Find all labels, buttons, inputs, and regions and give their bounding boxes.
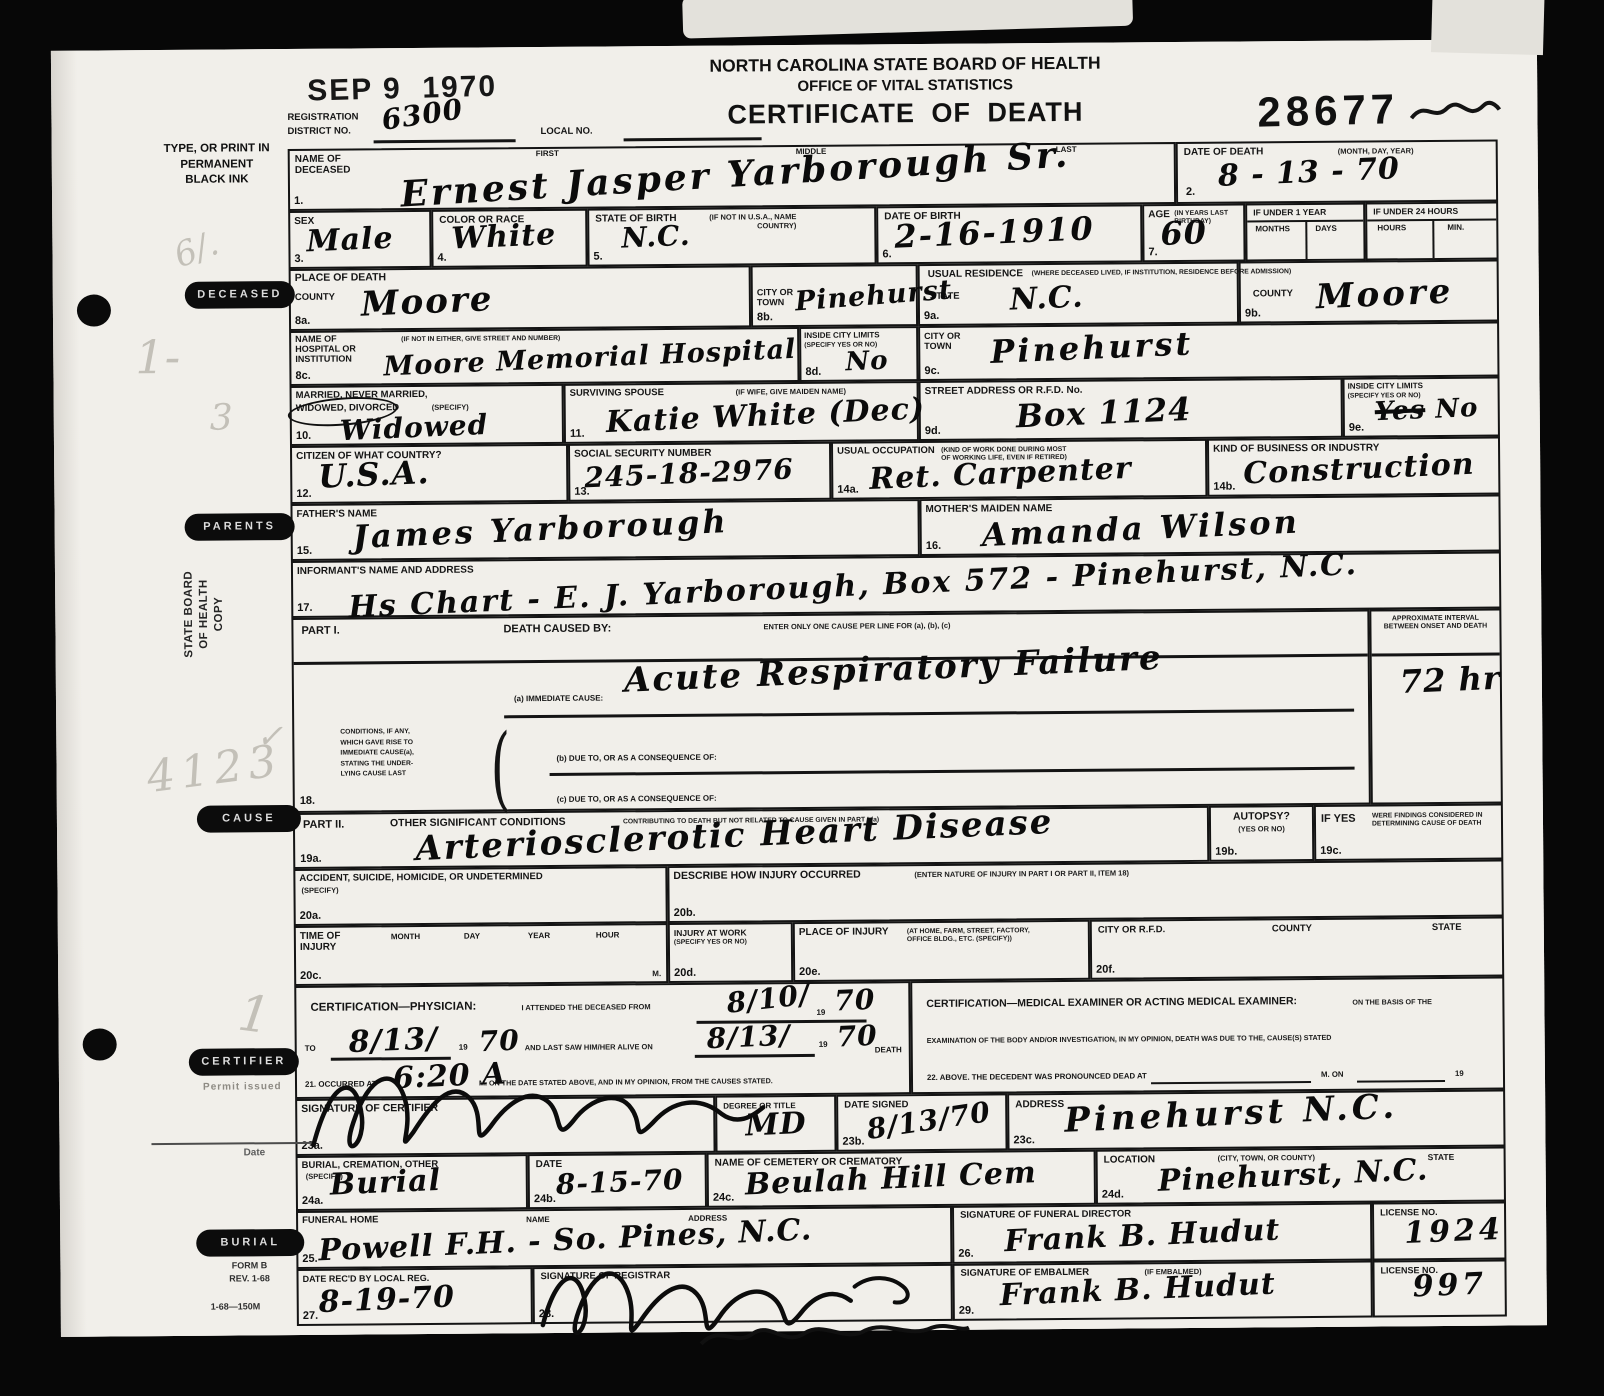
copy-stamp: STATE BOARD OF HEALTH COPY: [181, 529, 227, 699]
injury-at-work-sub: (SPECIFY YES OR NO): [674, 938, 747, 946]
item-number: 6.: [882, 248, 891, 260]
bstate-value: N.C.: [621, 219, 691, 255]
tab-burial: BURIAL: [196, 1229, 304, 1257]
item-number: 9d.: [925, 425, 941, 437]
item-number: 4.: [437, 252, 446, 264]
item-number: 19a.: [300, 853, 322, 865]
bstate-sub: (IF NOT IN U.S.A., NAME COUNTRY): [709, 213, 796, 231]
field-accident-suicide-homicide: ACCIDENT, SUICIDE, HOMICIDE, OR UNDETERM…: [293, 866, 667, 926]
field-license-no-embalmer: LICENSE NO. 997: [1372, 1259, 1506, 1317]
last-saw-value: 8/13/: [706, 1019, 791, 1056]
section-certification-medical-examiner: CERTIFICATION—MEDICAL EXAMINER OR ACTING…: [910, 976, 1505, 1094]
first-label: FIRST: [536, 149, 559, 158]
field-place-of-death-county: PLACE OF DEATH COUNTY 8a. Moore: [289, 265, 751, 331]
field-injury-at-work: INJURY AT WORK (SPECIFY YES OR NO) 20d.: [668, 922, 793, 983]
city-label: CITY OR TOWN: [757, 287, 794, 307]
item-number: 3.: [294, 253, 303, 265]
item-number: 10.: [296, 430, 311, 442]
field-state-of-birth: STATE OF BIRTH (IF NOT IN U.S.A., NAME C…: [587, 206, 876, 266]
item-number: 14b.: [1213, 481, 1235, 493]
days-label: DAYS: [1315, 224, 1337, 233]
state-label: STATE: [1432, 923, 1462, 934]
print-ref: 1-68—150M: [211, 1301, 261, 1311]
race-value: White: [451, 217, 557, 256]
field-residence-state: USUAL RESIDENCE (WHERE DECEASED LIVED, I…: [918, 262, 1239, 327]
tab-cause: CAUSE: [197, 805, 301, 833]
item-number: 19c.: [1320, 845, 1342, 857]
under1-label: IF UNDER 1 YEAR: [1253, 207, 1326, 218]
field-place-of-injury: PLACE OF INJURY (AT HOME, FARM, STREET, …: [793, 920, 1090, 982]
month-label: MONTH: [391, 932, 420, 941]
field-inside-city-limits-9e: INSIDE CITY LIMITS (SPECIFY YES OR NO) 9…: [1342, 377, 1499, 438]
interval-header: APPROXIMATE INTERVAL BETWEEN ONSET AND D…: [1371, 615, 1499, 632]
basis-label: ON THE BASIS OF THE: [1352, 998, 1432, 1007]
last-saw-label: AND LAST SAW HIM/HER ALIVE ON: [525, 1043, 653, 1053]
item-number: 9e.: [1349, 422, 1364, 434]
informant-label: INFORMANT'S NAME AND ADDRESS: [297, 565, 474, 578]
field-injury-city-county-state: CITY OR R.F.D. COUNTY STATE 20f.: [1090, 916, 1504, 979]
hour-label: HOUR: [596, 930, 620, 939]
residence-city-label: CITY OR TOWN: [924, 331, 961, 351]
certificate-number: 28677: [1257, 85, 1400, 137]
caused-by-label: DEATH CAUSED BY:: [503, 622, 611, 635]
location-value: Pinehurst, N.C.: [1157, 1152, 1429, 1199]
field-occupation: USUAL OCCUPATION (KIND OF WORK DONE DURI…: [831, 439, 1207, 500]
print-instruction: TYPE, OR PRINT IN PERMANENT BLACK INK: [124, 141, 310, 189]
item-number: 8d.: [805, 366, 821, 378]
describe-note: (ENTER NATURE OF INJURY IN PART I OR PAR…: [914, 869, 1129, 879]
attended-label: I ATTENDED THE DECEASED FROM: [521, 1003, 650, 1013]
punch-hole: [83, 1028, 117, 1060]
item-number: 8b.: [757, 311, 773, 323]
interval-value: 72 hr: [1399, 659, 1501, 701]
item-number: 24b.: [534, 1193, 556, 1205]
field-date-of-birth: DATE OF BIRTH 6. 2-16-1910: [876, 204, 1142, 264]
hours-label: HOURS: [1377, 223, 1406, 232]
section-part1-cause-of-death: PART I. DEATH CAUSED BY: ENTER ONLY ONE …: [291, 610, 1370, 813]
org-line2: OFFICE OF VITAL STATISTICS: [635, 75, 1175, 96]
meridiem-label: M.: [652, 969, 661, 978]
place-of-injury-label: PLACE OF INJURY: [799, 926, 889, 938]
field-place-of-death-city: CITY OR TOWN 8b. Pinehurst: [751, 264, 918, 327]
item-number: 11.: [570, 428, 585, 440]
item-number: 16.: [926, 540, 941, 552]
section-part2-other-conditions: PART II. OTHER SIGNIFICANT CONDITIONS CO…: [293, 806, 1209, 869]
year-label: YEAR: [528, 931, 550, 940]
line-a-rule: [504, 709, 1354, 718]
brace-glyph: (: [490, 714, 511, 821]
age-value: 60: [1160, 213, 1208, 253]
immediate-cause-label: (a) IMMEDIATE CAUSE:: [514, 694, 603, 704]
certifier-address-value: Pinehurst N.C.: [1064, 1087, 1399, 1141]
residence-city-value: Pinehurst: [990, 324, 1194, 371]
street-value: Box 1124: [1015, 390, 1192, 435]
pencil-checkmark: ✓: [256, 717, 283, 755]
accident-sub: (SPECIFY): [301, 887, 338, 896]
attended-to-value: 8/13/: [348, 1021, 439, 1060]
field-residence-city: CITY OR TOWN 9c. Pinehurst: [918, 322, 1499, 382]
date-underline-label: Date: [244, 1147, 266, 1158]
yr-19: 19: [816, 1008, 825, 1017]
item-number: 9c.: [924, 365, 939, 377]
county-value: Moore: [360, 279, 494, 325]
county-label: COUNTY: [295, 293, 335, 304]
part1-label: PART I.: [301, 625, 339, 638]
permit-issued-label: Permit issued: [203, 1081, 282, 1093]
residence-state-value: N.C.: [1009, 280, 1084, 318]
field-license-no-director: LICENSE NO. 1924: [1372, 1201, 1506, 1260]
license-value: 997: [1412, 1266, 1488, 1304]
if-yes-label: IF YES: [1321, 813, 1356, 826]
scan-artifact: [682, 0, 1133, 39]
address-label: ADDRESS: [1015, 1099, 1064, 1111]
item-number: 20d.: [674, 967, 696, 979]
city-or-rfd-label: CITY OR R.F.D.: [1098, 925, 1165, 936]
pencil-mark: 1-: [135, 330, 180, 384]
certifier-signature: [303, 1057, 774, 1173]
form-ref: FORM B REV. 1-68: [204, 1259, 294, 1286]
death-label: DEATH: [875, 1045, 902, 1054]
autopsy-sub: (YES OR NO): [1211, 825, 1312, 834]
conditions-label: CONDITIONS, IF ANY, WHICH GAVE RISE TO I…: [340, 727, 414, 780]
item-number: 8a.: [295, 315, 310, 327]
item-number: 15.: [297, 545, 312, 557]
icl-9e-yes-struck: Yes: [1374, 395, 1426, 427]
dead-at-rule: [1151, 1081, 1311, 1084]
icl-label: INSIDE CITY LIMITS: [1348, 381, 1423, 391]
field-funeral-director-signature: SIGNATURE OF FUNERAL DIRECTOR 26. Frank …: [952, 1203, 1372, 1264]
field-if-under-24-hours: IF UNDER 24 HOURS HOURS MIN.: [1365, 202, 1498, 261]
field-hospital: NAME OF HOSPITAL OR INSTITUTION (IF NOT …: [289, 327, 799, 386]
item-number: 19b.: [1215, 846, 1237, 858]
header-rule: [1372, 653, 1500, 657]
divider: [1432, 219, 1434, 258]
punch-hole: [77, 294, 111, 326]
item-number: 17.: [297, 602, 312, 614]
field-date-of-death: DATE OF DEATH (MONTH, DAY, YEAR) 2. 8 - …: [1176, 140, 1498, 205]
place-of-death-label: PLACE OF DEATH: [295, 272, 386, 284]
field-autopsy-findings: IF YES WERE FINDINGS CONSIDERED IN DETER…: [1314, 803, 1503, 860]
immediate-cause-value: Acute Respiratory Failure: [623, 638, 1163, 701]
on-date-rule: [1357, 1080, 1445, 1083]
occupation-value: Ret. Carpenter: [869, 451, 1133, 497]
med-line3: 22. ABOVE. THE DECEDENT WAS PRONOUNCED D…: [927, 1071, 1147, 1082]
field-autopsy: AUTOPSY? (YES OR NO) 19b.: [1209, 805, 1314, 862]
spouse-label: SURVIVING SPOUSE: [570, 388, 664, 399]
yr-19: 19: [819, 1040, 828, 1049]
field-describe-injury: DESCRIBE HOW INJURY OCCURRED (ENTER NATU…: [667, 859, 1503, 923]
place-of-injury-note: (AT HOME, FARM, STREET, FACTORY, OFFICE …: [907, 927, 1030, 944]
part2-label: PART II.: [303, 819, 344, 832]
item-number: 2.: [1186, 186, 1195, 198]
day-label: DAY: [464, 932, 480, 941]
date-received-value: 8-19-70: [318, 1279, 456, 1320]
dod-label: DATE OF DEATH: [1184, 146, 1264, 158]
m-on-label: M. ON: [1321, 1070, 1344, 1079]
tab-deceased: DECEASED: [185, 281, 295, 309]
field-if-under-1-year: IF UNDER 1 YEAR MONTHS DAYS: [1245, 203, 1365, 262]
field-burial-location: LOCATION (CITY, TOWN, OR COUNTY) STATE 2…: [1096, 1146, 1506, 1204]
citizen-value: U.S.A.: [317, 453, 430, 496]
field-date-signed: DATE SIGNED 23b. 8/13/70: [836, 1093, 1007, 1151]
item-number: 27.: [303, 1310, 318, 1322]
yr-19: 19: [1455, 1069, 1464, 1078]
item-number: 24a.: [302, 1195, 324, 1207]
item-number: 23c.: [1013, 1134, 1035, 1146]
months-label: MONTHS: [1255, 224, 1290, 233]
item-number: 7.: [1148, 246, 1157, 258]
injury-at-work-label: INJURY AT WORK: [674, 927, 747, 938]
funeral-home-label: FUNERAL HOME: [302, 1215, 378, 1226]
item-number: 1.: [294, 195, 303, 207]
scan-artifact: [1431, 0, 1545, 55]
item-number: 20b.: [674, 907, 696, 919]
one-cause-note: ENTER ONLY ONE CAUSE PER LINE FOR (a), (…: [763, 622, 950, 632]
divider: [1305, 220, 1307, 259]
stray-ink-mark: [695, 1312, 975, 1364]
field-ssn: SOCIAL SECURITY NUMBER 13. 245-18-2976: [568, 442, 831, 502]
field-citizen: CITIZEN OF WHAT COUNTRY? 12. U.S.A.: [290, 444, 568, 504]
certificate-number-scribble: [1407, 91, 1503, 132]
pencil-mark: 3: [210, 397, 233, 438]
item-number: 14a.: [837, 484, 859, 496]
field-street-address: STREET ADDRESS OR R.F.D. No. 9d. Box 112…: [919, 378, 1343, 441]
scanned-death-certificate: TYPE, OR PRINT IN PERMANENT BLACK INK DE…: [0, 0, 1604, 1396]
item-number: 20f.: [1096, 964, 1115, 976]
father-value: James Yarborough: [352, 502, 729, 556]
cert-physician-title: CERTIFICATION—PHYSICIAN:: [310, 1001, 476, 1015]
name-label: NAME OF DECEASED: [295, 154, 351, 177]
field-age: AGE (IN YEARS LAST BIRTHDAY) 7. 60: [1142, 204, 1245, 263]
residence-county-label: COUNTY: [1253, 289, 1293, 300]
field-embalmer-signature: SIGNATURE OF EMBALMER (IF EMBALMED) 29. …: [952, 1261, 1372, 1321]
icl-label: INSIDE CITY LIMITS: [804, 330, 879, 340]
item-number: 9a.: [924, 310, 939, 322]
field-inside-city-limits-8d: INSIDE CITY LIMITS (SPECIFY YES OR NO) 8…: [799, 326, 918, 382]
org-line1: NORTH CAROLINA STATE BOARD OF HEALTH: [635, 52, 1175, 77]
attended-from-value: 8/10/: [725, 978, 812, 1020]
due-to-c-label: (c) DUE TO, OR AS A CONSEQUENCE OF:: [557, 794, 717, 804]
sex-value: Male: [306, 221, 395, 260]
item-number: 24c.: [713, 1192, 735, 1204]
findings-text: WERE FINDINGS CONSIDERED IN DETERMINING …: [1372, 812, 1483, 828]
tab-parents: PARENTS: [185, 513, 295, 541]
field-color-or-race: COLOR OR RACE 4. White: [431, 209, 587, 268]
item-number: 8c.: [295, 370, 310, 382]
dob-value: 2-16-1910: [894, 209, 1096, 256]
field-father-name: FATHER'S NAME 15. James Yarborough: [290, 499, 919, 561]
dod-value: 8 - 13 - 70: [1217, 151, 1400, 194]
registration-label: REGISTRATION: [287, 112, 358, 123]
field-sex: SEX 3. Male: [288, 210, 431, 269]
county-label: COUNTY: [1272, 924, 1312, 935]
last-saw-year: 70: [836, 1019, 878, 1054]
page-title: CERTIFICATE OF DEATH: [635, 96, 1175, 131]
field-date-received: DATE REC'D BY LOCAL REG. 27. 8-19-70: [296, 1267, 532, 1326]
item-number: 20c.: [300, 970, 322, 982]
item-number: 5.: [593, 251, 602, 263]
occupation-label: USUAL OCCUPATION: [837, 446, 935, 457]
field-informant: INFORMANT'S NAME AND ADDRESS 17. Hs Char…: [291, 552, 1501, 619]
attended-to-year: 70: [478, 1024, 520, 1059]
icl-8d-value: No: [845, 346, 889, 378]
min-label: MIN.: [1447, 223, 1464, 232]
part2-value: Arteriosclerotic Heart Disease: [415, 802, 1055, 869]
to-label: TO: [305, 1044, 316, 1053]
item-number: 18.: [300, 795, 315, 807]
field-industry: KIND OF BUSINESS OR INDUSTRY 14b. Constr…: [1207, 437, 1500, 497]
field-interval-onset-death: APPROXIMATE INTERVAL BETWEEN ONSET AND D…: [1369, 609, 1503, 805]
field-surviving-spouse: SURVIVING SPOUSE (IF WIFE, GIVE MAIDEN N…: [564, 381, 919, 444]
autopsy-label: AUTOPSY?: [1211, 811, 1312, 824]
item-number: 23b.: [842, 1136, 864, 1148]
yr-19: 19: [459, 1043, 468, 1052]
item-number: 20a.: [300, 910, 322, 922]
accident-label: ACCIDENT, SUICIDE, HOMICIDE, OR UNDETERM…: [299, 872, 542, 885]
item-number: 20e.: [799, 966, 821, 978]
field-mother-name: MOTHER'S MAIDEN NAME 16. Amanda Wilson: [919, 495, 1500, 557]
describe-label: DESCRIBE HOW INJURY OCCURRED: [673, 870, 860, 883]
local-no-label: LOCAL NO.: [541, 127, 593, 138]
hospital-label: NAME OF HOSPITAL OR INSTITUTION: [295, 334, 356, 364]
field-certifier-address: ADDRESS 23c. Pinehurst N.C.: [1007, 1089, 1505, 1150]
attended-from-year: 70: [834, 983, 876, 1018]
district-no-label: DISTRICT NO.: [287, 127, 350, 138]
field-time-of-injury: TIME OF INJURY MONTH DAY YEAR HOUR 20c. …: [294, 923, 668, 986]
item-number: 9b.: [1245, 307, 1261, 319]
cert-med-title: CERTIFICATION—MEDICAL EXAMINER OR ACTING…: [926, 996, 1297, 1011]
icl-9e-value: No: [1435, 393, 1479, 425]
med-line2: EXAMINATION OF THE BODY AND/OR INVESTIGA…: [927, 1034, 1332, 1045]
location-label: LOCATION: [1104, 1154, 1156, 1166]
item-number: 25.: [302, 1253, 317, 1265]
license-value: 1924: [1404, 1212, 1505, 1251]
residence-county-value: Moore: [1315, 271, 1454, 317]
location-state-label: STATE: [1428, 1152, 1455, 1162]
tab-certifier: CERTIFIER: [189, 1048, 299, 1076]
field-name-of-deceased: NAME OF DECEASED FIRST MIDDLE LAST 1. Er…: [288, 142, 1176, 211]
line-b-rule: [550, 767, 1355, 776]
hospital-sub: (IF NOT IN EITHER, GIVE STREET AND NUMBE…: [401, 335, 560, 344]
item-number: 24d.: [1102, 1188, 1124, 1200]
due-to-b-label: (b) DUE TO, OR AS A CONSEQUENCE OF:: [556, 753, 716, 763]
under24-label: IF UNDER 24 HOURS: [1373, 206, 1458, 217]
time-of-injury-label: TIME OF INJURY: [300, 931, 341, 954]
item-number: 12.: [296, 488, 311, 500]
